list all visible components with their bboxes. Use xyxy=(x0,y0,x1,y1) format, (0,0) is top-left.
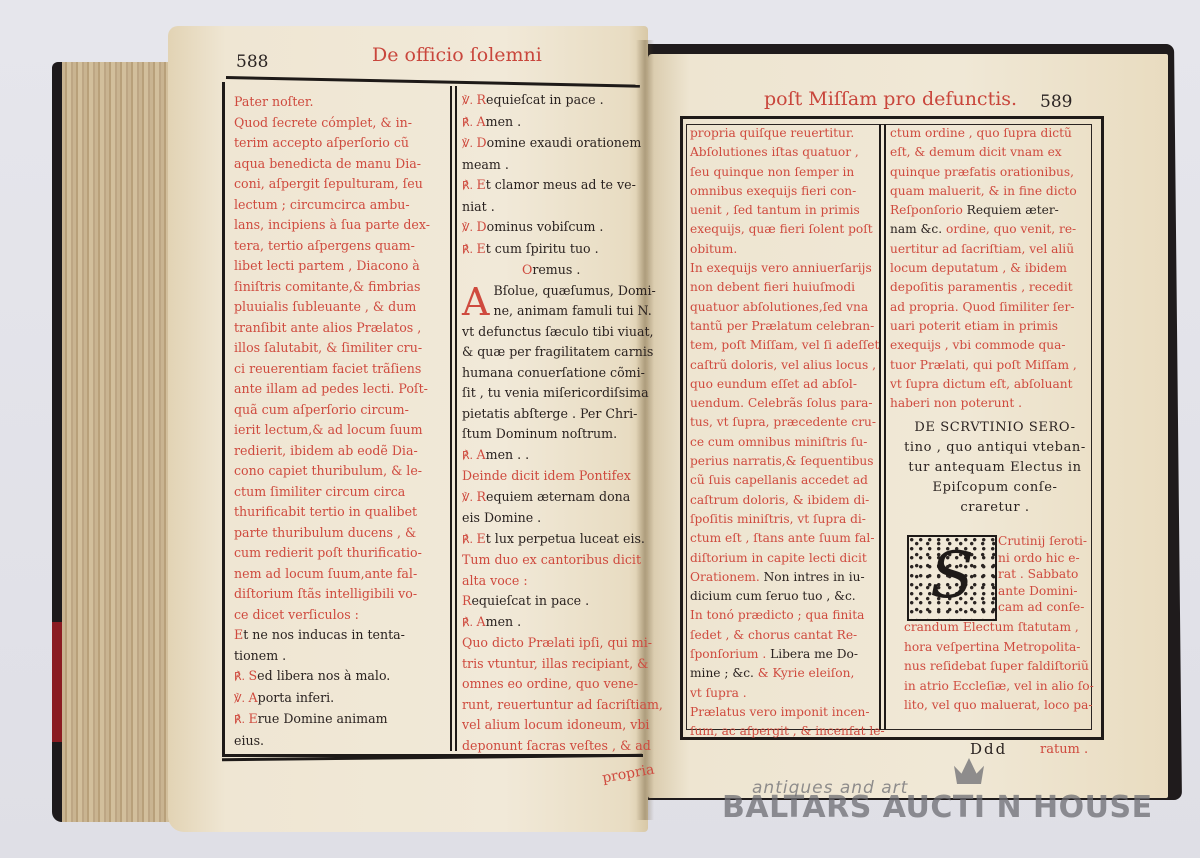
text-run: In exequijs vero anniuerſarijs xyxy=(690,261,872,275)
text-run: caſtrũ doloris, vel alius locus , xyxy=(690,358,876,372)
text-line: runt, reuertuntur ad ſacriſtiam, xyxy=(462,695,642,716)
text-line: niat . xyxy=(462,197,642,218)
text-line: ℣. Aporta inferi. xyxy=(234,688,448,710)
text-line: Quo dicto Prælati ipſi, qui mi- xyxy=(462,633,642,654)
text-run: remus . xyxy=(532,262,580,277)
initial-letter: E xyxy=(477,177,486,192)
text-run: t ne nos inducas in tenta- xyxy=(243,627,405,642)
text-line: ſit , tu venia miſericordiſsima xyxy=(462,383,642,404)
text-line: ſeu quinque non ſemper in xyxy=(690,163,878,182)
text-line: Prælatus vero imponit incen- xyxy=(690,703,878,722)
text-run: diſtorium ſtãs intelligibili vo- xyxy=(234,586,417,601)
text-line: Epiſcopum conſe- xyxy=(900,478,1090,498)
text-line: locum deputatum , & ibidem xyxy=(890,259,1088,278)
initial-letter: S xyxy=(249,668,258,683)
text-run: mine ; &c. xyxy=(690,666,754,680)
text-run: tris vtuntur, illas recipiant, & xyxy=(462,656,648,671)
text-line: Crutinij ſeroti- xyxy=(998,533,1094,550)
text-run: craretur . xyxy=(960,500,1029,515)
text-run: libet lecti partem , Diacono à xyxy=(234,258,420,273)
text-run: ominus vobiſcum . xyxy=(487,219,604,234)
text-line: alta voce : xyxy=(462,571,642,592)
text-run: alta voce : xyxy=(462,573,528,588)
right-catchword: ratum . xyxy=(1040,742,1088,757)
text-line: quatuor abſolutiones,ſed vna xyxy=(690,298,878,317)
text-line: quã cum aſperſorio circum- xyxy=(234,400,448,421)
text-run: Deinde dicit idem Pontifex xyxy=(462,468,631,483)
text-line: non debent fieri huiuſmodi xyxy=(690,278,878,297)
text-run: Non intres in iu- xyxy=(760,570,865,584)
initial-letter: A xyxy=(477,447,486,462)
text-run: men . . xyxy=(486,447,530,462)
text-line: Tum duo ex cantoribus dicit xyxy=(462,550,642,571)
text-line: Pater noſter. xyxy=(234,92,448,113)
text-run: illos ſalutabit, & ſimiliter cru- xyxy=(234,340,422,355)
text-line: ℟. Et clamor meus ad te ve- xyxy=(462,175,642,197)
right-column-divider-2 xyxy=(884,124,886,730)
initial-letter: A xyxy=(249,690,258,705)
text-run: rat . Sabbato xyxy=(998,567,1078,581)
text-run: obitum. xyxy=(690,242,737,256)
text-line: meam . xyxy=(462,155,642,176)
text-run: in atrio Eccleſiæ, vel in alio ſo- xyxy=(904,679,1094,693)
text-run: uari poterit etiam in primis xyxy=(890,319,1058,333)
text-line: Orationem. Non intres in iu- xyxy=(690,568,878,587)
text-line: ſtum Dominum noſtrum. xyxy=(462,424,642,445)
text-run: dicium cum ſeruo tuo , &c. xyxy=(690,589,856,603)
text-run: omnes eo ordine, quo vene- xyxy=(462,676,638,691)
text-run: t clamor meus ad te ve- xyxy=(486,177,636,192)
text-run: depoſitis paramentis , recedit xyxy=(890,280,1073,294)
text-run: cam ad conſe- xyxy=(998,600,1084,614)
text-line: mine ; &c. & Kyrie eleiſon, xyxy=(690,664,878,683)
text-line: nus reſidebat ſuper faldiſtoriũ xyxy=(904,657,1094,677)
book-fore-edge xyxy=(52,62,182,822)
text-line: ctum ſimiliter circum circa xyxy=(234,482,448,503)
text-run: Quo dicto Prælati ipſi, qui mi- xyxy=(462,635,652,650)
text-line: Quod ſecrete cómplet, & in- xyxy=(234,113,448,134)
text-line: Et ne nos inducas in tenta- xyxy=(234,625,448,646)
initial-letter: A xyxy=(477,114,486,129)
section-heading: DE SCRVTINIO SERO-tino , quo antiqui vte… xyxy=(900,418,1090,518)
initial-letter: R xyxy=(477,489,486,504)
left-running-head: De officio ſolemni xyxy=(372,44,542,66)
text-run: tionem . xyxy=(234,648,286,663)
drop-cap: A xyxy=(462,283,489,321)
text-run: ctum ordine , quo ſupra dictũ xyxy=(890,126,1072,140)
text-run: ci reuerentiam faciet trãſiens xyxy=(234,361,421,376)
text-line: eius. xyxy=(234,731,448,752)
text-run: runt, reuertuntur ad ſacriſtiam, xyxy=(462,697,663,712)
text-line: cono capiet thuribulum, & le- xyxy=(234,461,448,482)
versicle-symbol: ℣. xyxy=(462,94,477,107)
text-run: parte thuribulum ducens , & xyxy=(234,525,416,540)
text-line: uenit , ſed tantum in primis xyxy=(690,201,878,220)
text-run: perius narratis,& ſequentibus xyxy=(690,454,874,468)
text-line: ſpoſitis miniſtris, vt ſupra di- xyxy=(690,510,878,529)
text-line: diſtorium in capite lecti dicit xyxy=(690,549,878,568)
text-run: & Kyrie eleiſon, xyxy=(754,666,854,680)
text-line: ſedet , & chorus cantat Re- xyxy=(690,626,878,645)
text-run: non debent fieri huiuſmodi xyxy=(690,280,855,294)
watermark-title: BALTARS AUCTI N HOUSE xyxy=(722,790,1153,825)
text-run: t cum ſpiritu tuo . xyxy=(486,241,599,256)
left-column-1: Pater noſter.Quod ſecrete cómplet, & in-… xyxy=(234,92,448,751)
text-run: hora veſpertina Metropolita- xyxy=(904,640,1080,654)
text-line: Deinde dicit idem Pontifex xyxy=(462,466,642,487)
left-column-divider xyxy=(450,86,452,751)
text-run: quatuor abſolutiones,ſed vna xyxy=(690,300,868,314)
woodcut-initial: S xyxy=(907,535,997,621)
text-line: aqua benedicta de manu Dia- xyxy=(234,154,448,175)
text-line: In exequijs vero anniuerſarijs xyxy=(690,259,878,278)
versicle-symbol: ℟. xyxy=(462,116,477,129)
right-column-divider xyxy=(879,124,881,730)
text-run: eis Domine . xyxy=(462,510,541,525)
text-line: depoſitis paramentis , recedit xyxy=(890,278,1088,297)
red-edge-tint xyxy=(52,622,62,742)
text-run: Reſponſorio xyxy=(890,203,963,217)
text-run: ad propria. Quod ſimiliter ſer- xyxy=(890,300,1074,314)
initial-letter: E xyxy=(234,627,243,642)
oremus-line: Oremus . xyxy=(462,260,642,281)
text-line: diſtorium ſtãs intelligibili vo- xyxy=(234,584,448,605)
text-run: uod ſecrete cómplet, & in- xyxy=(244,115,412,130)
text-run: ed libera nos à malo. xyxy=(257,668,390,683)
text-run: equieſcat in pace . xyxy=(471,593,589,608)
text-line: ℟. Erue Domine animam xyxy=(234,709,448,731)
text-line: & quæ per fragilitatem carnis xyxy=(462,342,642,363)
text-run: vel alium locum idoneum, vbi xyxy=(462,717,649,732)
text-run: ordine, quo venit, re- xyxy=(942,222,1076,236)
versicle-symbol: ℣. xyxy=(462,137,477,150)
text-run: ante illam ad pedes lecti. Poſt- xyxy=(234,381,428,396)
text-line: ℟. Sed libera nos à malo. xyxy=(234,666,448,688)
versicle-symbol: ℣. xyxy=(234,692,249,705)
text-run: Tum duo ex cantoribus dicit xyxy=(462,552,641,567)
text-line: haberi non poterunt . xyxy=(890,394,1088,413)
text-line: ℣. Domine exaudi orationem xyxy=(462,133,642,155)
text-run: quinque præfatis orationibus, xyxy=(890,165,1074,179)
text-line: pluuialis ſubleuante , & dum xyxy=(234,297,448,318)
text-line: cam ad conſe- xyxy=(998,599,1094,616)
text-line: cũ ſuis capellanis accedet ad xyxy=(690,471,878,490)
text-run: cum redierit poſt thurificatio- xyxy=(234,545,422,560)
text-line: ℣. Requiem æternam dona xyxy=(462,487,642,509)
text-line: cum redierit poſt thurificatio- xyxy=(234,543,448,564)
text-line: craretur . xyxy=(900,498,1090,518)
text-run: tem, poſt Miſſam, vel ſi adeſſet xyxy=(690,338,879,352)
text-run: niat . xyxy=(462,199,495,214)
versicle-symbol: ℣. xyxy=(462,221,477,234)
text-run: uenit , ſed tantum in primis xyxy=(690,203,860,217)
text-line: In tonó prædicto ; qua finita xyxy=(690,606,878,625)
initial-letter: R xyxy=(477,92,486,107)
text-line: coni, aſpergit ſepulturam, ſeu xyxy=(234,174,448,195)
text-run: tus, vt ſupra, præcedente cru- xyxy=(690,415,876,429)
text-line: tantũ per Prælatum celebran- xyxy=(690,317,878,336)
text-line: thurificabit tertio in qualibet xyxy=(234,502,448,523)
text-run: cũ ſuis capellanis accedet ad xyxy=(690,473,868,487)
text-run: Requiem æter- xyxy=(963,203,1059,217)
text-run: men . xyxy=(486,614,522,629)
text-run: pluuialis ſubleuante , & dum xyxy=(234,299,416,314)
text-line: ſum, ac aſpergit , & incenſat le- xyxy=(690,722,878,741)
text-line: lans, incipiens à ſua parte dex- xyxy=(234,215,448,236)
text-line: tino , quo antiqui vteban- xyxy=(900,438,1090,458)
text-run: rue Domine animam xyxy=(258,711,388,726)
text-line: DE SCRVTINIO SERO- xyxy=(900,418,1090,438)
versicle-symbol: ℟. xyxy=(462,449,477,462)
text-line: tuor Prælati, qui poſt Miſſam , xyxy=(890,356,1088,375)
text-line: exequijs , vbi commode qua- xyxy=(890,336,1088,355)
left-page-number: 588 xyxy=(236,52,268,72)
text-line: tranſibit ante alios Prælatos , xyxy=(234,318,448,339)
woodcut-letter: S xyxy=(909,541,995,611)
text-line: pietatis abſterge . Per Chri- xyxy=(462,404,642,425)
text-line: deponunt ſacras veſtes , & ad xyxy=(462,736,642,757)
text-line: ſponſorium . Libera me Do- xyxy=(690,645,878,664)
text-run: aqua benedicta de manu Dia- xyxy=(234,156,421,171)
text-run: quã cum aſperſorio circum- xyxy=(234,402,409,417)
text-run: thurificabit tertio in qualibet xyxy=(234,504,417,519)
text-run: tantũ per Prælatum celebran- xyxy=(690,319,874,333)
text-run: haberi non poterunt . xyxy=(890,396,1022,410)
text-run: deponunt ſacras veſtes , & ad xyxy=(462,738,651,753)
text-run: locum deputatum , & ibidem xyxy=(890,261,1067,275)
text-line: ante illam ad pedes lecti. Poſt- xyxy=(234,379,448,400)
text-line: hora veſpertina Metropolita- xyxy=(904,638,1094,658)
text-line: ce cum omnibus miniſtris ſu- xyxy=(690,433,878,452)
versicle-symbol: ℟. xyxy=(462,533,477,546)
initial-letter: E xyxy=(477,241,486,256)
text-line: crandum Electum ſtatutam , xyxy=(904,618,1094,638)
text-line: omnibus exequijs fieri con- xyxy=(690,182,878,201)
text-run: tur antequam Electus in xyxy=(908,460,1081,475)
text-line: ctum eſt , ſtans ante ſuum fal- xyxy=(690,529,878,548)
text-run: ce dicet verſiculos : xyxy=(234,607,359,622)
initial-letter: E xyxy=(477,531,486,546)
text-line: tris vtuntur, illas recipiant, & xyxy=(462,654,642,675)
text-run: ſedet , & chorus cantat Re- xyxy=(690,628,857,642)
text-line: vt ſupra . xyxy=(690,684,878,703)
text-run: ce cum omnibus miniſtris ſu- xyxy=(690,435,867,449)
text-run: In tonó prædicto ; qua finita xyxy=(690,608,864,622)
text-run: nus reſidebat ſuper faldiſtoriũ xyxy=(904,659,1089,673)
text-line: nem ad locum ſuum,ante fal- xyxy=(234,564,448,585)
right-page-number: 589 xyxy=(1040,92,1072,112)
text-line: Abſolutiones iſtas quatuor , xyxy=(690,143,878,162)
versicle-symbol: ℟. xyxy=(234,670,249,683)
text-run: uendum. Celebrãs ſolus para- xyxy=(690,396,873,410)
text-run: ctum ſimiliter circum circa xyxy=(234,484,405,499)
initial-letter: D xyxy=(477,219,487,234)
signature-mark: Ddd xyxy=(970,740,1007,758)
text-line: eſt, & demum dicit vnam ex xyxy=(890,143,1088,162)
text-run: Abſolutiones iſtas quatuor , xyxy=(690,145,859,159)
text-run: quam maluerit, & in fine dicto xyxy=(890,184,1077,198)
text-line: perius narratis,& ſequentibus xyxy=(690,452,878,471)
text-line: quam maluerit, & in fine dicto xyxy=(890,182,1088,201)
text-line: libet lecti partem , Diacono à xyxy=(234,256,448,277)
text-line: vt ſupra dictum eſt, abſoluant xyxy=(890,375,1088,394)
text-line: vel alium locum idoneum, vbi xyxy=(462,715,642,736)
text-line: ad propria. Quod ſimiliter ſer- xyxy=(890,298,1088,317)
text-run: vt ſupra dictum eſt, abſoluant xyxy=(890,377,1073,391)
text-run: tino , quo antiqui vteban- xyxy=(904,440,1086,455)
text-line: uendum. Celebrãs ſolus para- xyxy=(690,394,878,413)
text-line: ſiniſtris comitante,& fimbrias xyxy=(234,277,448,298)
versicle-symbol: ℟. xyxy=(462,243,477,256)
text-run: nam &c. xyxy=(890,222,942,236)
text-run: tranſibit ante alios Prælatos , xyxy=(234,320,421,335)
text-line: terim accepto aſperſorio cũ xyxy=(234,133,448,154)
text-run: exequijs, quæ fieri ſolent poſt xyxy=(690,222,873,236)
text-line: tus, vt ſupra, præcedente cru- xyxy=(690,413,878,432)
right-column-2: ctum ordine , quo ſupra dictũeſt, & demu… xyxy=(890,124,1088,413)
text-line: obitum. xyxy=(690,240,878,259)
text-line: Reſponſorio Requiem æter- xyxy=(890,201,1088,220)
text-run: crandum Electum ſtatutam , xyxy=(904,620,1079,634)
text-run: tuor Prælati, qui poſt Miſſam , xyxy=(890,358,1077,372)
text-run: Epiſcopum conſe- xyxy=(932,480,1057,495)
text-run: men . xyxy=(486,114,522,129)
text-run: ierit lectum,& ad locum ſuum xyxy=(234,422,423,437)
text-run: exequijs , vbi commode qua- xyxy=(890,338,1066,352)
initial-letter: A xyxy=(477,614,486,629)
text-line: ante Domini- xyxy=(998,583,1094,600)
text-line: humana conuerſatione cõmi- xyxy=(462,363,642,384)
initial-letter: O xyxy=(522,262,532,277)
text-run: ater noſter. xyxy=(242,94,314,109)
right-running-head: poſt Miſſam pro defunctis. xyxy=(764,88,1017,110)
text-line: rat . Sabbato xyxy=(998,566,1094,583)
text-run: ſpoſitis miniſtris, vt ſupra di- xyxy=(690,512,866,526)
text-run: quo eundum eſſet ad abſol- xyxy=(690,377,857,391)
text-line: ℣. Requieſcat in pace . xyxy=(462,90,642,112)
initial-letter: P xyxy=(234,94,242,109)
text-run: ni ordo hic e- xyxy=(998,551,1080,565)
text-line: uari poterit etiam in primis xyxy=(890,317,1088,336)
text-line: ctum ordine , quo ſupra dictũ xyxy=(890,124,1088,143)
text-run: ſeu quinque non ſemper in xyxy=(690,165,854,179)
versicle-symbol: ℟. xyxy=(462,179,477,192)
text-run: terim accepto aſperſorio cũ xyxy=(234,135,409,150)
text-line: uertitur ad ſacriſtiam, vel aliũ xyxy=(890,240,1088,259)
text-line: ℟. Amen . xyxy=(462,112,642,134)
text-line: tur antequam Electus in xyxy=(900,458,1090,478)
initial-letter: D xyxy=(477,135,487,150)
text-run: Libera me Do- xyxy=(766,647,858,661)
text-run: tera, tertio aſpergens quam- xyxy=(234,238,415,253)
text-line: Requieſcat in pace . xyxy=(462,591,642,612)
text-run: meam . xyxy=(462,157,509,172)
after-woodcut-text: crandum Electum ſtatutam ,hora veſpertin… xyxy=(904,618,1094,716)
right-column-1: propria quiſque reuertitur.Abſolutiones … xyxy=(690,124,878,742)
text-run: eſt, & demum dicit vnam ex xyxy=(890,145,1062,159)
text-line: tionem . xyxy=(234,646,448,667)
text-line: ℟. Et lux perpetua luceat eis. xyxy=(462,529,642,551)
text-run: ſiniſtris comitante,& fimbrias xyxy=(234,279,421,294)
text-line: omnes eo ordine, quo vene- xyxy=(462,674,642,695)
versicle-symbol: ℟. xyxy=(462,616,477,629)
text-run: coni, aſpergit ſepulturam, ſeu xyxy=(234,176,423,191)
text-run: porta inferi. xyxy=(258,690,335,705)
text-run: lectum ; circumcirca ambu- xyxy=(234,197,410,212)
text-line: quo eundum eſſet ad abſol- xyxy=(690,375,878,394)
text-line: vt defunctus ſæculo tibi viuat, xyxy=(462,322,642,343)
text-run: t lux perpetua luceat eis. xyxy=(486,531,645,546)
versicle-symbol: ℣. xyxy=(462,491,477,504)
text-run: ante Domini- xyxy=(998,584,1078,598)
text-run: lans, incipiens à ſua parte dex- xyxy=(234,217,430,232)
text-line: ℣. Dominus vobiſcum . xyxy=(462,217,642,239)
text-run: equieſcat in pace . xyxy=(486,92,604,107)
text-line: dicium cum ſeruo tuo , &c. xyxy=(690,587,878,606)
text-line: propria quiſque reuertitur. xyxy=(690,124,878,143)
left-column-divider-2 xyxy=(455,86,457,751)
text-line: ce dicet verſiculos : xyxy=(234,605,448,626)
text-run: vt ſupra . xyxy=(690,686,747,700)
text-line: ℟. Amen . . xyxy=(462,445,642,467)
text-run: nem ad locum ſuum,ante fal- xyxy=(234,566,417,581)
text-line: lectum ; circumcirca ambu- xyxy=(234,195,448,216)
text-line: ℟. Amen . xyxy=(462,612,642,634)
text-line: ni ordo hic e- xyxy=(998,550,1094,567)
text-line: in atrio Eccleſiæ, vel in alio ſo- xyxy=(904,677,1094,697)
text-run: ctum eſt , ſtans ante ſuum fal- xyxy=(690,531,874,545)
text-run: omnibus exequijs fieri con- xyxy=(690,184,856,198)
text-run: redierit, ibidem ab eodẽ Dia- xyxy=(234,443,418,458)
text-line: quinque præfatis orationibus, xyxy=(890,163,1088,182)
text-line: illos ſalutabit, & ſimiliter cru- xyxy=(234,338,448,359)
text-line: ℟. Et cum ſpiritu tuo . xyxy=(462,239,642,261)
text-run: caſtrum doloris, & ibidem di- xyxy=(690,493,869,507)
text-run: Crutinij ſeroti- xyxy=(998,534,1087,548)
text-line: ci reuerentiam faciet trãſiens xyxy=(234,359,448,380)
text-run: ſum, ac aſpergit , & incenſat le- xyxy=(690,724,885,738)
text-line: eis Domine . xyxy=(462,508,642,529)
initial-letter: Q xyxy=(234,115,244,130)
initial-letter: E xyxy=(249,711,258,726)
text-line: ierit lectum,& ad locum ſuum xyxy=(234,420,448,441)
text-run: DE SCRVTINIO SERO- xyxy=(914,420,1075,435)
left-column-2: ℣. Requieſcat in pace .℟. Amen .℣. Domin… xyxy=(462,90,642,756)
text-line: tera, tertio aſpergens quam- xyxy=(234,236,448,257)
text-run: ſponſorium . xyxy=(690,647,766,661)
text-run: diſtorium in capite lecti dicit xyxy=(690,551,867,565)
text-line: caſtrum doloris, & ibidem di- xyxy=(690,491,878,510)
text-line: parte thuribulum ducens , & xyxy=(234,523,448,544)
text-line: lito, vel quo maluerat, loco pa- xyxy=(904,696,1094,716)
text-run: Orationem. xyxy=(690,570,760,584)
text-run: lito, vel quo maluerat, loco pa- xyxy=(904,698,1093,712)
versicle-symbol: ℟. xyxy=(234,713,249,726)
text-run: Prælatus vero imponit incen- xyxy=(690,705,870,719)
text-line: redierit, ibidem ab eodẽ Dia- xyxy=(234,441,448,462)
text-line: nam &c. ordine, quo venit, re- xyxy=(890,220,1088,239)
collect-prayer: ABſolue, quæſumus, Domi-ne, animam famul… xyxy=(462,281,642,445)
text-run: cono capiet thuribulum, & le- xyxy=(234,463,422,478)
text-line: caſtrũ doloris, vel alius locus , xyxy=(690,356,878,375)
text-run: omine exaudi orationem xyxy=(487,135,642,150)
text-run: propria quiſque reuertitur. xyxy=(690,126,854,140)
text-line: exequijs, quæ fieri ſolent poſt xyxy=(690,220,878,239)
text-run: eius. xyxy=(234,733,264,748)
text-run: uertitur ad ſacriſtiam, vel aliũ xyxy=(890,242,1074,256)
text-line: tem, poſt Miſſam, vel ſi adeſſet xyxy=(690,336,878,355)
woodcut-adjacent-text: Crutinij ſeroti-ni ordo hic e-rat . Sabb… xyxy=(998,533,1094,616)
